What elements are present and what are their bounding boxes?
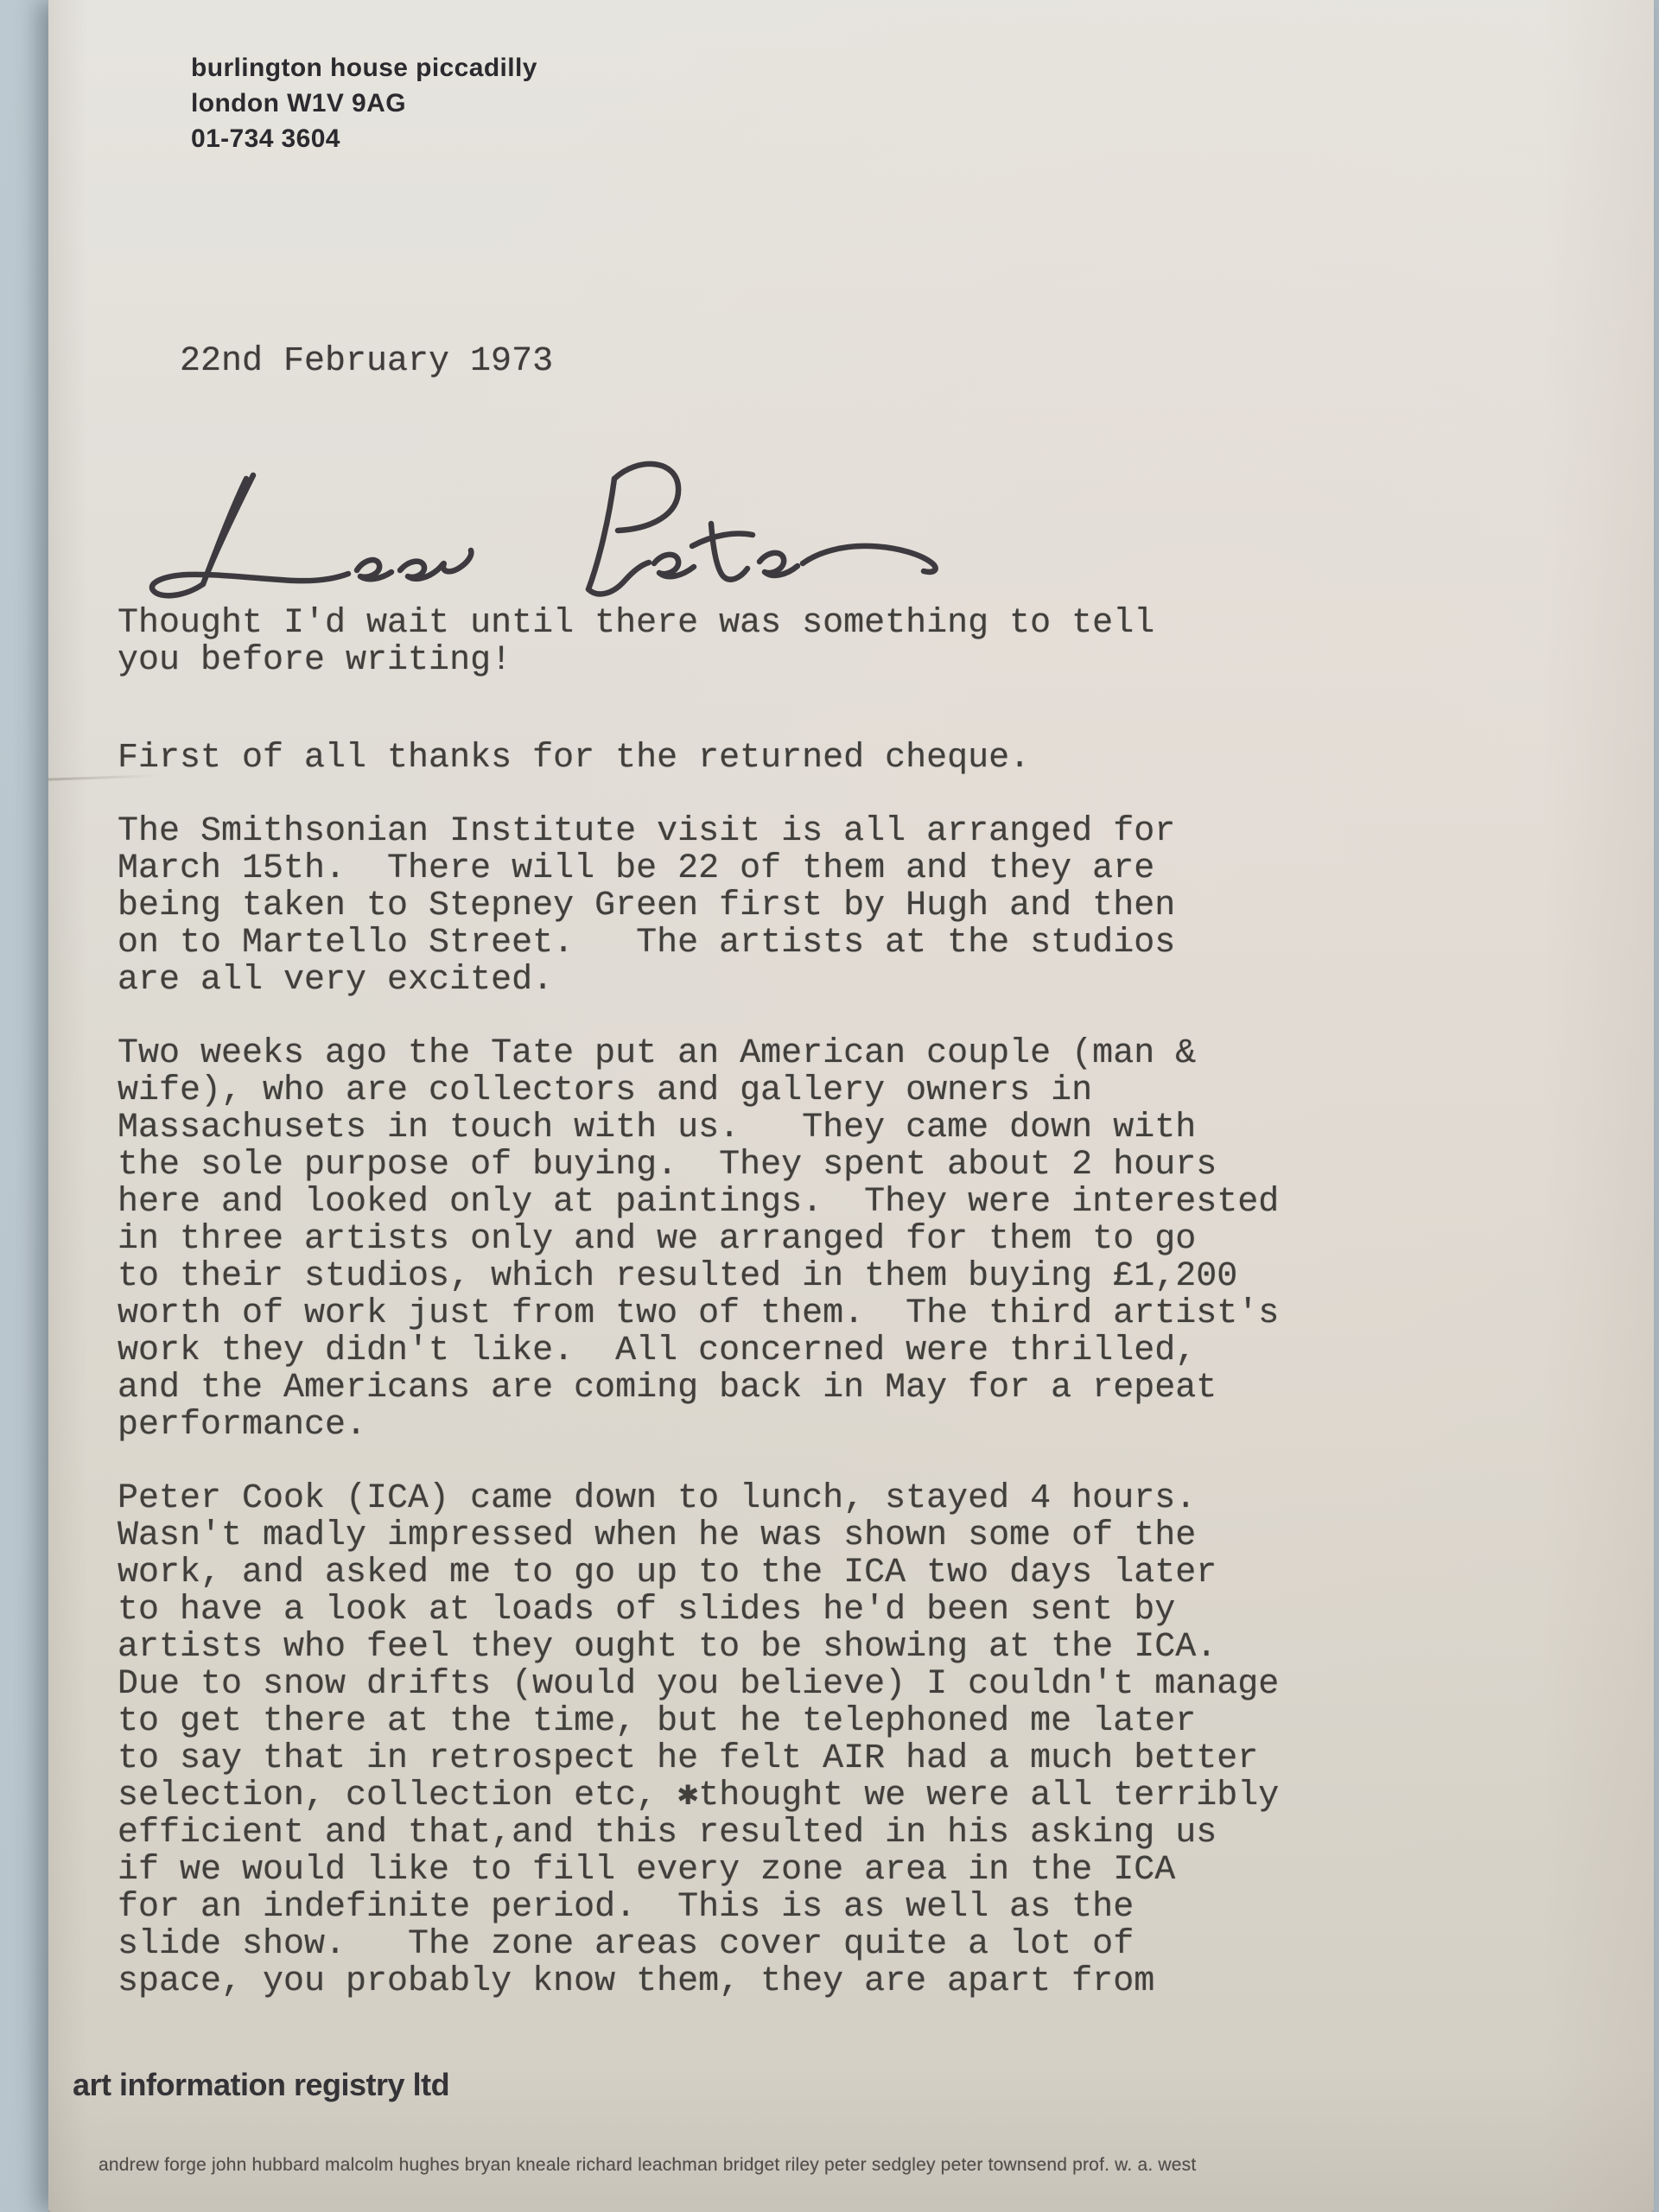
body-line: performance. — [118, 1407, 1517, 1444]
body-line: March 15th. There will be 22 of them and… — [118, 850, 1517, 887]
body-line: Peter Cook (ICA) came down to lunch, sta… — [118, 1480, 1517, 1517]
body-line: the sole purpose of buying. They spent a… — [118, 1147, 1517, 1184]
body-line: in three artists only and we arranged fo… — [118, 1221, 1517, 1258]
body-line: are all very excited. — [118, 962, 1517, 999]
body-line: efficient and that,and this resulted in … — [118, 1815, 1517, 1852]
paragraph: Peter Cook (ICA) came down to lunch, sta… — [118, 1480, 1517, 2000]
body-line: to say that in retrospect he felt AIR ha… — [118, 1740, 1517, 1777]
letterhead-city: london W1V 9AG — [191, 86, 537, 121]
body-line: The Smithsonian Institute visit is all a… — [118, 813, 1517, 850]
body-line: Massachusets in touch with us. They came… — [118, 1109, 1517, 1147]
body-line: work, and asked me to go up to the ICA t… — [118, 1554, 1517, 1592]
paragraph: Two weeks ago the Tate put an American c… — [118, 1035, 1517, 1444]
letter-page: burlington house piccadilly london W1V 9… — [48, 0, 1654, 2212]
body-line: slide show. The zone areas cover quite a… — [118, 1926, 1517, 1963]
body-line: worth of work just from two of them. The… — [118, 1295, 1517, 1332]
date-line: 22nd February 1973 — [180, 342, 553, 381]
letter-body: Thought I'd wait until there was somethi… — [118, 605, 1517, 2000]
body-line: on to Martello Street. The artists at th… — [118, 925, 1517, 962]
photo-backdrop: { "letterhead": { "address_line": "burli… — [0, 0, 1659, 2212]
body-line: work they didn't like. All concerned wer… — [118, 1332, 1517, 1370]
letterhead: burlington house piccadilly london W1V 9… — [191, 50, 537, 156]
body-line: to have a look at loads of slides he'd b… — [118, 1592, 1517, 1629]
paragraph: Thought I'd wait until there was somethi… — [118, 605, 1517, 679]
body-line: to get there at the time, but he telepho… — [118, 1703, 1517, 1740]
letterhead-address: burlington house piccadilly — [191, 50, 537, 86]
body-line: wife), who are collectors and gallery ow… — [118, 1072, 1517, 1109]
body-line: First of all thanks for the returned che… — [118, 740, 1517, 777]
footer-directors-line: andrew forge john hubbard malcolm hughes… — [99, 2155, 1196, 2176]
body-line: selection, collection etc, ✱thought we w… — [118, 1777, 1517, 1815]
body-line: if we would like to fill every zone area… — [118, 1852, 1517, 1889]
body-line: Due to snow drifts (would you believe) I… — [118, 1666, 1517, 1703]
body-line: you before writing! — [118, 642, 1517, 679]
body-line: to their studios, which resulted in them… — [118, 1258, 1517, 1295]
body-line: here and looked only at paintings. They … — [118, 1184, 1517, 1221]
paragraph: The Smithsonian Institute visit is all a… — [118, 813, 1517, 999]
body-line: for an indefinite period. This is as wel… — [118, 1889, 1517, 1926]
letterhead-phone: 01-734 3604 — [191, 121, 537, 156]
body-line: and the Americans are coming back in May… — [118, 1370, 1517, 1407]
body-line: Thought I'd wait until there was somethi… — [118, 605, 1517, 642]
body-line: Two weeks ago the Tate put an American c… — [118, 1035, 1517, 1072]
paragraph: First of all thanks for the returned che… — [118, 740, 1517, 777]
footer-company-name: art information registry ltd — [73, 2067, 449, 2103]
body-line: being taken to Stepney Green first by Hu… — [118, 887, 1517, 925]
body-line: space, you probably know them, they are … — [118, 1963, 1517, 2000]
body-line: artists who feel they ought to be showin… — [118, 1629, 1517, 1666]
body-line: Wasn't madly impressed when he was shown… — [118, 1517, 1517, 1554]
